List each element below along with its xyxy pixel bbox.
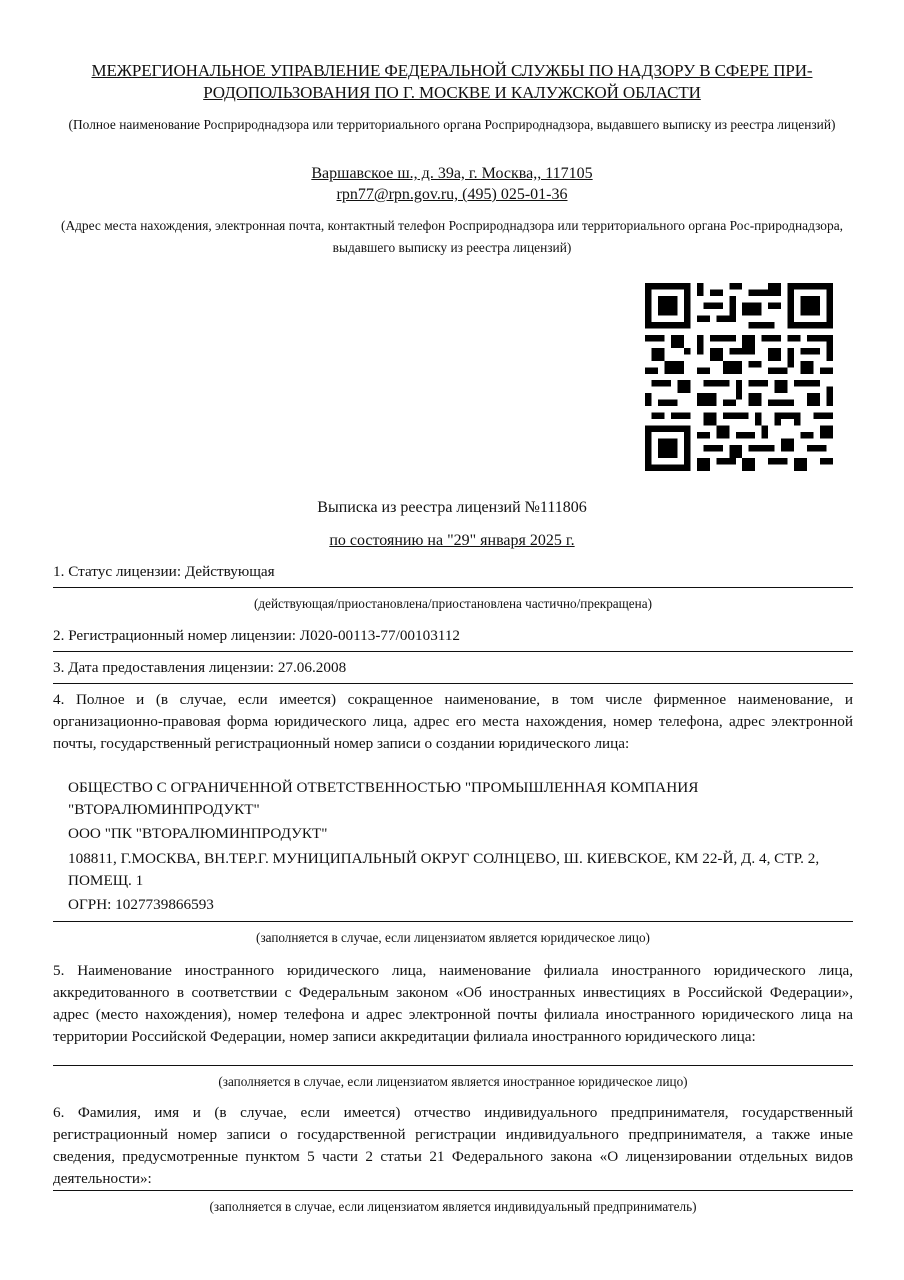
section-4-note: (заполняется в случае, если лицензиатом …	[53, 928, 853, 948]
authority-note: (Полное наименование Росприроднадзора ил…	[60, 114, 844, 136]
document-as-of-date: по состоянию на "29" января 2025 г.	[50, 530, 854, 552]
address-line-1: Варшавское ш., д. 39а, г. Москва,, 11710…	[50, 163, 854, 184]
divider	[53, 1065, 853, 1066]
document-title: Выписка из реестра лицензий №111806	[50, 497, 854, 519]
divider	[53, 651, 853, 652]
section-1-license-status: 1. Статус лицензии: Действующая	[53, 561, 853, 583]
authority-address: Варшавское ш., д. 39а, г. Москва,, 11710…	[50, 163, 854, 205]
section-3-issue-date: 3. Дата предоставления лицензии: 27.06.2…	[53, 657, 853, 679]
licensee-address: 108811, Г.МОСКВА, ВН.ТЕР.Г. МУНИЦИПАЛЬНЫ…	[68, 848, 853, 892]
licensee-full-name: ОБЩЕСТВО С ОГРАНИЧЕННОЙ ОТВЕТСТВЕННОСТЬЮ…	[68, 777, 853, 821]
section-1-note: (действующая/приостановлена/приостановле…	[53, 594, 853, 614]
section-6-heading: 6. Фамилия, имя и (в случае, если имеетс…	[53, 1102, 853, 1190]
authority-name-line-1: МЕЖРЕГИОНАЛЬНОЕ УПРАВЛЕНИЕ ФЕДЕРАЛЬНОЙ С…	[50, 60, 854, 82]
section-5-heading: 5. Наименование иностранного юридическог…	[53, 960, 853, 1048]
divider	[53, 683, 853, 684]
qr-code-icon	[645, 283, 833, 471]
authority-name: МЕЖРЕГИОНАЛЬНОЕ УПРАВЛЕНИЕ ФЕДЕРАЛЬНОЙ С…	[50, 60, 854, 104]
address-note: (Адрес места нахождения, электронная поч…	[50, 215, 854, 259]
divider	[53, 1190, 853, 1191]
section-2-registration-number: 2. Регистрационный номер лицензии: Л020-…	[53, 625, 853, 647]
license-extract-page: МЕЖРЕГИОНАЛЬНОЕ УПРАВЛЕНИЕ ФЕДЕРАЛЬНОЙ С…	[0, 0, 904, 1280]
section-4-heading: 4. Полное и (в случае, если имеется) сок…	[53, 689, 853, 755]
divider	[53, 921, 853, 922]
section-5-note: (заполняется в случае, если лицензиатом …	[53, 1072, 853, 1092]
contact-line: rpn77@rpn.gov.ru, (495) 025-01-36	[50, 184, 854, 205]
divider	[53, 587, 853, 588]
licensee-ogrn: ОГРН: 1027739866593	[68, 894, 853, 916]
licensee-short-name: ООО "ПК "ВТОРАЛЮМИНПРОДУКТ"	[68, 823, 853, 845]
section-6-note: (заполняется в случае, если лицензиатом …	[53, 1197, 853, 1217]
authority-name-line-2: РОДОПОЛЬЗОВАНИЯ ПО Г. МОСКВЕ И КАЛУЖСКОЙ…	[50, 82, 854, 104]
